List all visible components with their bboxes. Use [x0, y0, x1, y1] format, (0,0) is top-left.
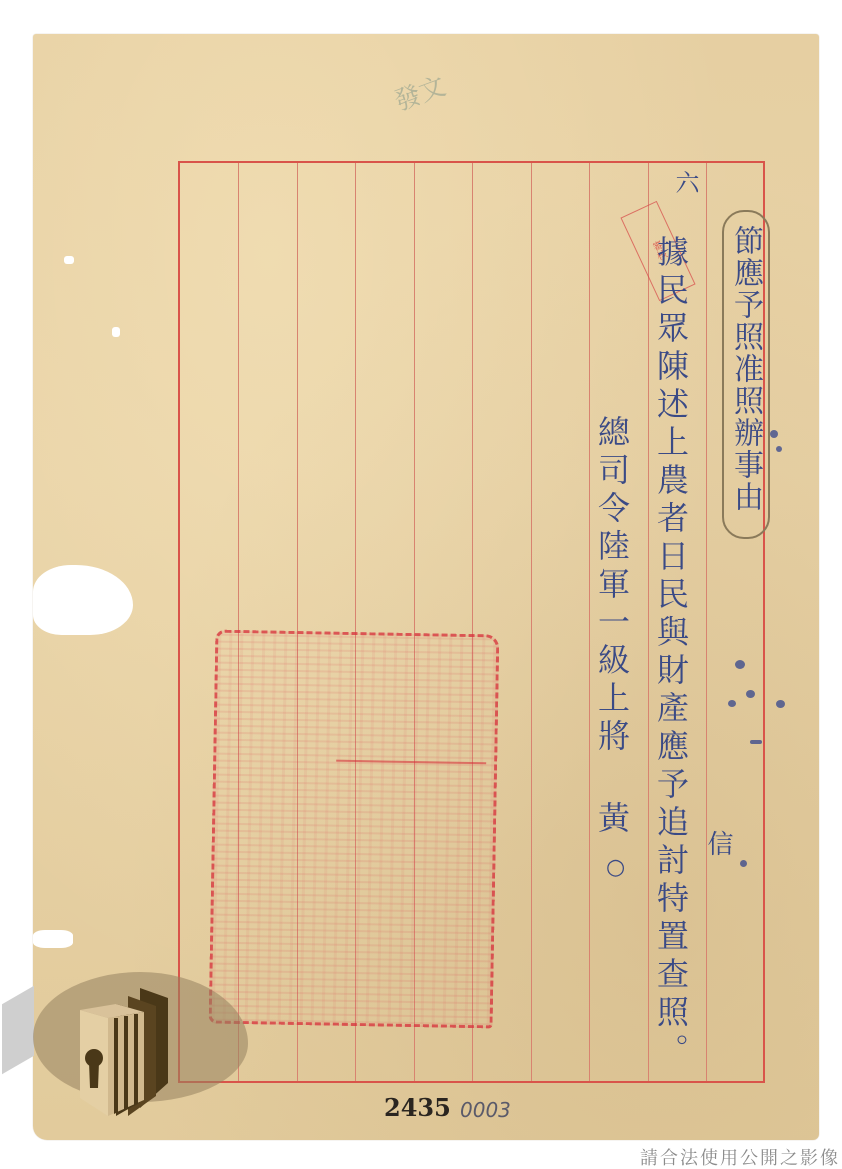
page-number: 2435	[384, 1093, 451, 1122]
ink-blot	[728, 700, 736, 707]
ink-blot	[776, 446, 782, 452]
ink-blot	[770, 430, 778, 438]
logo-tab	[2, 986, 34, 1074]
official-seal	[209, 630, 500, 1029]
ink-blot	[740, 860, 747, 867]
margin-annotation: 信	[700, 830, 737, 858]
ink-blot	[776, 700, 785, 708]
paper-hole	[33, 930, 73, 948]
item-number: 六	[668, 170, 703, 196]
circle-mark: ○	[606, 855, 625, 880]
paper-hole	[112, 327, 120, 337]
archive-number: 0003	[460, 1098, 511, 1122]
grid-line	[589, 163, 590, 1081]
grid-line	[648, 163, 649, 1081]
body-text: 據民眾陳述上農者日民與財產應予追討特置查照。	[655, 235, 687, 1071]
seal-divider	[336, 760, 486, 765]
signature-line: 總司令陸軍一級上將 黃	[596, 415, 628, 839]
ink-blot	[735, 660, 745, 669]
grid-line	[706, 163, 707, 1081]
subject-heading: 節應予照准照辦事由	[730, 225, 760, 513]
paper-hole	[64, 256, 74, 264]
usage-watermark: 請合法使用公開之影像	[640, 1144, 840, 1169]
archive-book-keyhole-icon	[78, 988, 188, 1118]
ink-blot	[746, 690, 755, 698]
grid-line	[531, 163, 532, 1081]
ink-blot	[750, 740, 762, 744]
